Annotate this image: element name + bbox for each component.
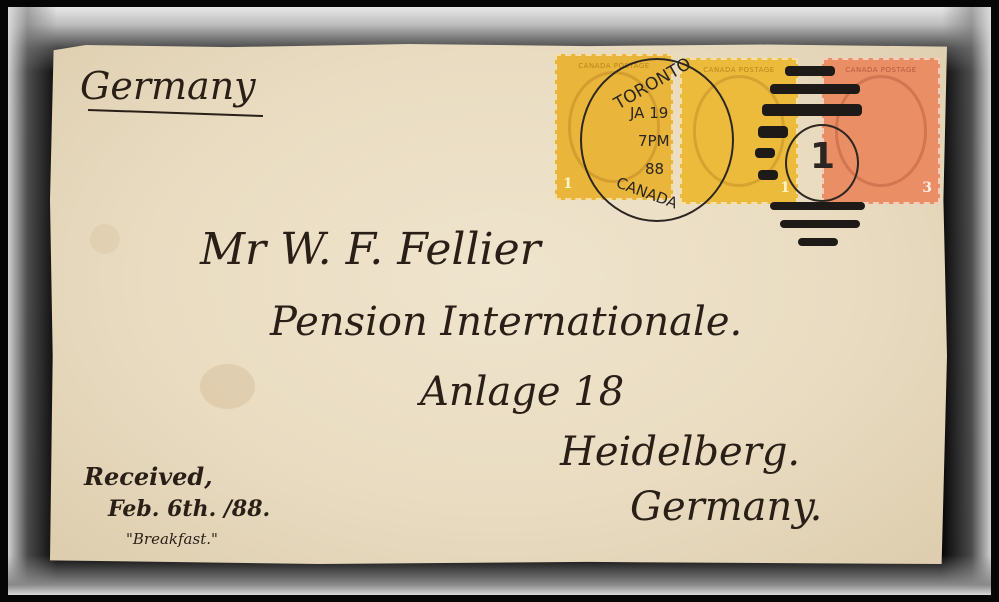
paper-stain: [90, 224, 120, 254]
underline: [88, 109, 263, 117]
address-name: Mr W. F. Fellier: [200, 224, 541, 275]
paper-stain: [200, 364, 255, 409]
address-line-3: Anlage 18: [420, 369, 624, 415]
postmark-date: JA 19: [630, 104, 668, 122]
envelope: Germany CANADA POSTAGE 1 CANADA POSTAGE …: [50, 44, 947, 564]
address-line-4: Heidelberg.: [560, 429, 800, 475]
postmark-time: 7PM: [638, 132, 670, 150]
corner-note-germany: Germany: [80, 64, 256, 108]
received-note-line-2: Feb. 6th. /88.: [108, 496, 270, 522]
received-note-line-1: Received,: [84, 462, 213, 491]
postmark-year: 88: [645, 160, 664, 178]
address-line-5: Germany.: [630, 484, 822, 530]
received-note-line-3: "Breakfast.": [126, 530, 218, 548]
address-line-2: Pension Internationale.: [270, 299, 742, 345]
